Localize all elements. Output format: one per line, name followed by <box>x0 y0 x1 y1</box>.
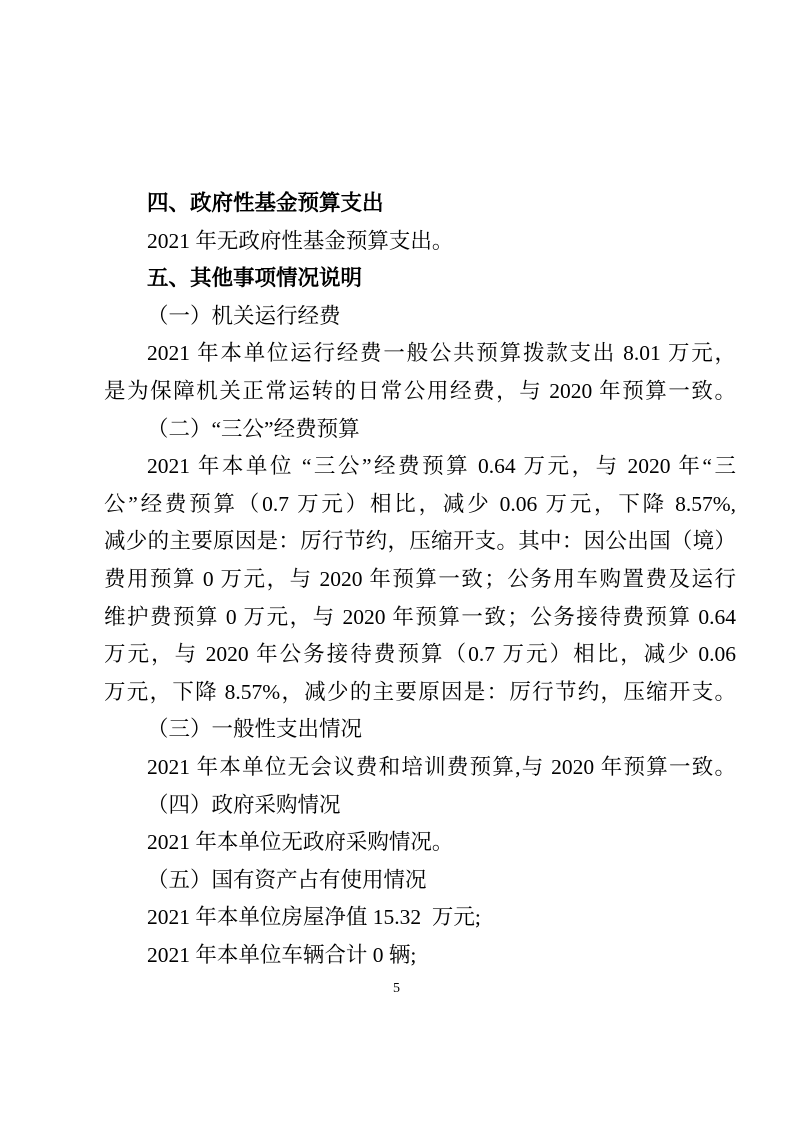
text-line: 2021 年无政府性基金预算支出。 <box>104 223 736 261</box>
text-line: 万元，与 2020 年公务接待费预算（0.7 万元）相比，减少 0.06 <box>104 636 736 674</box>
text-line: （三）一般性支出情况 <box>104 711 736 749</box>
text-line: 2021 年本单位运行经费一般公共预算拨款支出 8.01 万元， <box>104 335 736 373</box>
document-body: 四、政府性基金预算支出2021 年无政府性基金预算支出。五、其他事项情况说明（一… <box>104 185 736 974</box>
text-line: 万元，下降 8.57%，减少的主要原因是：厉行节约，压缩开支。 <box>104 674 736 712</box>
text-line: 2021 年本单位车辆合计 0 辆; <box>104 937 736 975</box>
text-line: （四）政府采购情况 <box>104 787 736 825</box>
page-number: 5 <box>0 981 793 997</box>
text-line: 2021 年本单位无会议费和培训费预算,与 2020 年预算一致。 <box>104 749 736 787</box>
text-line: 维护费预算 0 万元，与 2020 年预算一致；公务接待费预算 0.64 <box>104 599 736 637</box>
text-line: 公”经费预算（0.7 万元）相比，减少 0.06 万元，下降 8.57%, <box>104 486 736 524</box>
text-line: （二）“三公”经费预算 <box>104 411 736 449</box>
text-line: 2021 年本单位 “三公”经费预算 0.64 万元，与 2020 年“三 <box>104 448 736 486</box>
text-line: （一）机关运行经费 <box>104 298 736 336</box>
document-page: 四、政府性基金预算支出2021 年无政府性基金预算支出。五、其他事项情况说明（一… <box>0 0 793 1122</box>
text-line: 2021 年本单位无政府采购情况。 <box>104 824 736 862</box>
section-heading: 四、政府性基金预算支出 <box>104 185 736 223</box>
text-line: 是为保障机关正常运转的日常公用经费，与 2020 年预算一致。 <box>104 373 736 411</box>
text-line: 费用预算 0 万元，与 2020 年预算一致；公务用车购置费及运行 <box>104 561 736 599</box>
text-line: （五）国有资产占有使用情况 <box>104 862 736 900</box>
text-line: 减少的主要原因是：厉行节约，压缩开支。其中：因公出国（境） <box>104 523 736 561</box>
text-line: 2021 年本单位房屋净值 15.32 万元; <box>104 899 736 937</box>
section-heading: 五、其他事项情况说明 <box>104 260 736 298</box>
